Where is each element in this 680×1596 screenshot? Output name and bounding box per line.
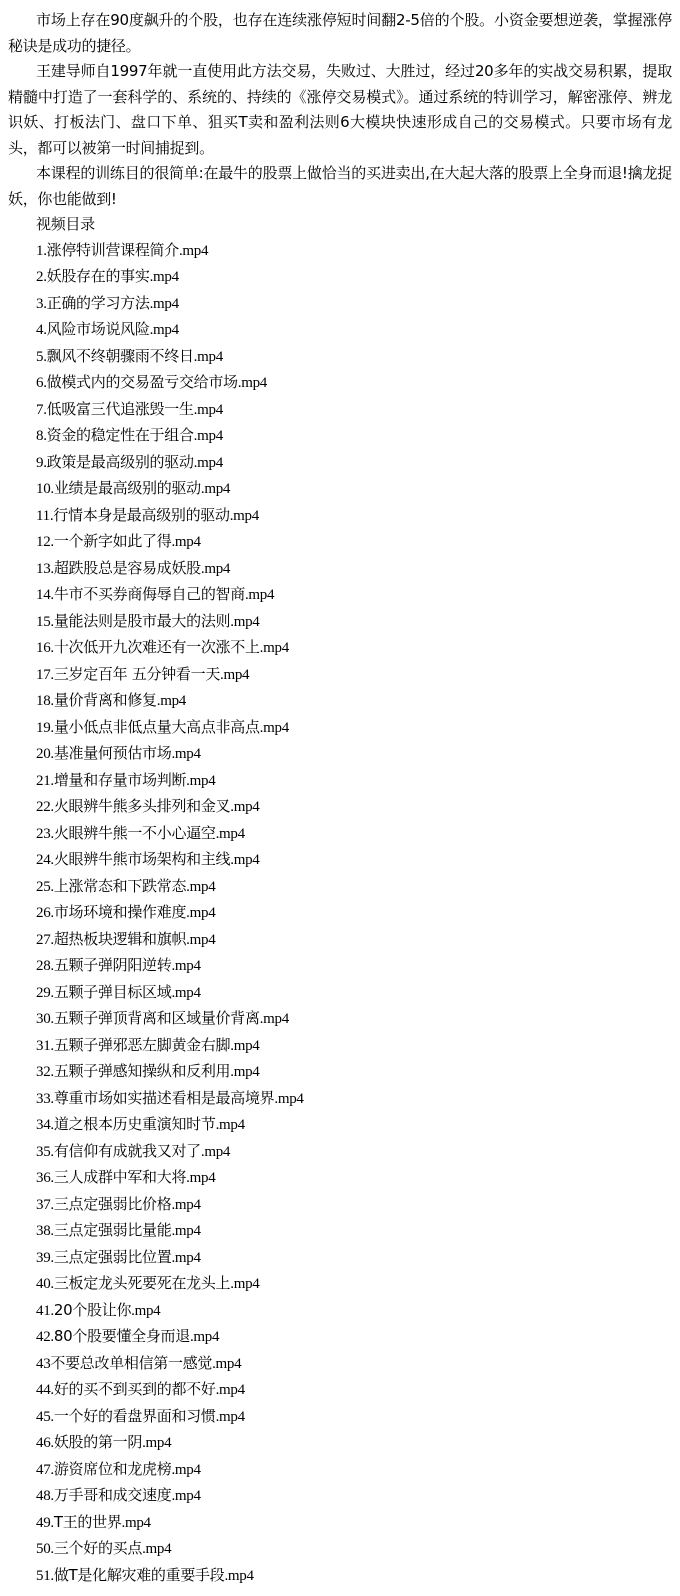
- item-number: 42.: [36, 1329, 54, 1345]
- video-list-item: 1.涨停特训营课程简介.mp4: [8, 238, 672, 265]
- video-list-item: 10.业绩是最高级别的驱动.mp4: [8, 476, 672, 503]
- item-number: 13.: [36, 561, 54, 577]
- item-number: 4.: [36, 322, 47, 338]
- item-title: 五颗子弹阴阳逆转: [54, 956, 172, 974]
- item-extension: .mp4: [190, 1329, 219, 1345]
- intro-paragraph: 王建导师自1997年就一直使用此方法交易，失败过、大胜过，经过20多年的实战交易…: [8, 59, 672, 161]
- video-list-item: 48.万手哥和成交速度.mp4: [8, 1483, 672, 1510]
- item-extension: .mp4: [186, 879, 215, 895]
- item-number: 21.: [36, 773, 54, 789]
- item-number: 1.: [36, 243, 47, 259]
- item-extension: .mp4: [171, 746, 200, 762]
- video-list-item: 21.增量和存量市场判断.mp4: [8, 768, 672, 795]
- item-title: 20个股让你: [54, 1301, 131, 1319]
- item-number: 10.: [36, 481, 54, 497]
- video-list-item: 25.上涨常态和下跌常态.mp4: [8, 874, 672, 901]
- item-title: 有信仰有成就我又对了: [54, 1142, 201, 1160]
- item-extension: .mp4: [230, 852, 259, 868]
- item-title: 市场环境和操作难度: [54, 903, 186, 921]
- video-list-item: 15.量能法则是股市最大的法则.mp4: [8, 609, 672, 636]
- item-title: T王的世界: [54, 1513, 122, 1531]
- item-title: 五颗子弹邪恶左脚黄金右脚: [54, 1036, 230, 1054]
- item-number: 49.: [36, 1515, 54, 1531]
- item-number: 11.: [36, 508, 53, 524]
- item-number: 31.: [36, 1038, 54, 1054]
- item-extension: .mp4: [216, 826, 245, 842]
- item-number: 28.: [36, 958, 54, 974]
- item-title: 三点定强弱比位置: [54, 1248, 172, 1266]
- item-title: 牛市不买券商侮辱自己的智商: [54, 585, 245, 603]
- item-title: 超跌股总是容易成妖股: [54, 559, 201, 577]
- item-extension: .mp4: [171, 1462, 200, 1478]
- video-list-item: 39.三点定强弱比位置.mp4: [8, 1245, 672, 1272]
- video-list-item: 12.一个新字如此了得.mp4: [8, 529, 672, 556]
- item-title: 十次低开九次难还有一次涨不上: [54, 638, 260, 656]
- item-extension: .mp4: [201, 481, 230, 497]
- item-title: 80个股要懂全身而退: [54, 1327, 190, 1345]
- video-list-item: 11.行情本身是最高级别的驱动.mp4: [8, 503, 672, 530]
- item-extension: .mp4: [186, 773, 215, 789]
- item-number: 51.: [36, 1568, 54, 1584]
- video-list-item: 7.低吸富三代追涨毁一生.mp4: [8, 397, 672, 424]
- item-extension: .mp4: [131, 1303, 160, 1319]
- video-list-item: 45.一个好的看盘界面和习惯.mp4: [8, 1404, 672, 1431]
- video-list-item: 6.做模式内的交易盈亏交给市场.mp4: [8, 370, 672, 397]
- item-number: 41.: [36, 1303, 54, 1319]
- item-extension: .mp4: [245, 587, 274, 603]
- video-list-item: 31.五颗子弹邪恶左脚黄金右脚.mp4: [8, 1033, 672, 1060]
- item-number: 6.: [36, 375, 47, 391]
- item-extension: .mp4: [171, 985, 200, 1001]
- item-number: 43: [36, 1356, 50, 1372]
- item-title: 火眼辨牛熊多头排列和金叉: [54, 797, 230, 815]
- video-list-item: 3.正确的学习方法.mp4: [8, 291, 672, 318]
- item-extension: .mp4: [150, 322, 179, 338]
- video-list-item: 34.道之根本历史重演知时节.mp4: [8, 1112, 672, 1139]
- video-list-item: 37.三点定强弱比价格.mp4: [8, 1192, 672, 1219]
- item-number: 30.: [36, 1011, 54, 1027]
- item-extension: .mp4: [238, 375, 267, 391]
- item-title: 低吸富三代追涨毁一生: [47, 400, 194, 418]
- item-title: 一个新字如此了得: [54, 532, 172, 550]
- video-list-item: 33.尊重市场如实描述看相是最高境界.mp4: [8, 1086, 672, 1113]
- item-title: 好的买不到买到的都不好: [54, 1380, 216, 1398]
- video-list-item: 38.三点定强弱比量能.mp4: [8, 1218, 672, 1245]
- item-extension: .mp4: [171, 1223, 200, 1239]
- item-number: 39.: [36, 1250, 54, 1266]
- item-extension: .mp4: [179, 243, 208, 259]
- video-list-item: 23.火眼辨牛熊一不小心逼空.mp4: [8, 821, 672, 848]
- document-page: 市场上存在90度飙升的个股，也存在连续涨停短时间翻2-5倍的个股。小资金要想逆袭…: [0, 0, 680, 1589]
- item-extension: .mp4: [186, 1170, 215, 1186]
- item-number: 19.: [36, 720, 54, 736]
- item-title: 不要总改单相信第一感觉: [50, 1354, 212, 1372]
- item-number: 36.: [36, 1170, 54, 1186]
- item-title: 五颗子弹感知操纵和反利用: [54, 1062, 230, 1080]
- item-title: 量能法则是股市最大的法则: [54, 612, 230, 630]
- video-list-item: 17.三岁定百年 五分钟看一天.mp4: [8, 662, 672, 689]
- item-title: 行情本身是最高级别的驱动: [53, 506, 229, 524]
- item-number: 44.: [36, 1382, 54, 1398]
- item-extension: .mp4: [274, 1091, 303, 1107]
- item-number: 9.: [36, 455, 47, 471]
- item-title: 火眼辨牛熊市场架构和主线: [54, 850, 230, 868]
- video-list-item: 51.做T是化解灾难的重要手段.mp4: [8, 1563, 672, 1590]
- intro-paragraph: 本课程的训练目的很简单:在最牛的股票上做恰当的买进卖出,在大起大落的股票上全身而…: [8, 161, 672, 212]
- video-list-title: 视频目录: [8, 212, 672, 238]
- item-number: 50.: [36, 1541, 54, 1557]
- item-title: 量小低点非低点量大高点非高点: [54, 718, 260, 736]
- item-number: 15.: [36, 614, 54, 630]
- item-title: 三个好的买点: [54, 1539, 142, 1557]
- item-number: 17.: [36, 667, 54, 683]
- item-extension: .mp4: [230, 1038, 259, 1054]
- video-list-item: 36.三人成群中军和大将.mp4: [8, 1165, 672, 1192]
- video-list-item: 13.超跌股总是容易成妖股.mp4: [8, 556, 672, 583]
- item-title: 妖股存在的事实: [47, 267, 150, 285]
- video-list-item: 8.资金的稳定性在于组合.mp4: [8, 423, 672, 450]
- item-number: 38.: [36, 1223, 54, 1239]
- video-list-item: 29.五颗子弹目标区域.mp4: [8, 980, 672, 1007]
- item-extension: .mp4: [171, 1197, 200, 1213]
- item-title: 五颗子弹目标区域: [54, 983, 172, 1001]
- item-extension: .mp4: [194, 349, 223, 365]
- item-number: 29.: [36, 985, 54, 1001]
- item-number: 14.: [36, 587, 54, 603]
- item-title: 游资席位和龙虎榜: [54, 1460, 172, 1478]
- item-extension: .mp4: [122, 1515, 151, 1531]
- item-extension: .mp4: [194, 455, 223, 471]
- item-title: 超热板块逻辑和旗帜: [54, 930, 186, 948]
- item-title: 涨停特训营课程简介: [47, 241, 179, 259]
- item-title: 火眼辨牛熊一不小心逼空: [54, 824, 216, 842]
- item-extension: .mp4: [142, 1435, 171, 1451]
- item-number: 25.: [36, 879, 54, 895]
- video-list-item: 40.三板定龙头死要死在龙头上.mp4: [8, 1271, 672, 1298]
- item-number: 7.: [36, 402, 47, 418]
- item-number: 40.: [36, 1276, 54, 1292]
- video-list-item: 5.飘风不终朝骤雨不终日.mp4: [8, 344, 672, 371]
- video-list-item: 35.有信仰有成就我又对了.mp4: [8, 1139, 672, 1166]
- video-list-item: 24.火眼辨牛熊市场架构和主线.mp4: [8, 847, 672, 874]
- video-list: 1.涨停特训营课程简介.mp42.妖股存在的事实.mp43.正确的学习方法.mp…: [8, 238, 672, 1590]
- video-list-item: 49.T王的世界.mp4: [8, 1510, 672, 1537]
- item-extension: .mp4: [171, 1250, 200, 1266]
- item-number: 12.: [36, 534, 54, 550]
- item-extension: .mp4: [216, 1382, 245, 1398]
- item-title: 飘风不终朝骤雨不终日: [47, 347, 194, 365]
- item-number: 8.: [36, 428, 47, 444]
- video-list-item: 44.好的买不到买到的都不好.mp4: [8, 1377, 672, 1404]
- item-number: 24.: [36, 852, 54, 868]
- item-extension: .mp4: [150, 296, 179, 312]
- item-number: 34.: [36, 1117, 54, 1133]
- item-extension: .mp4: [142, 1541, 171, 1557]
- item-number: 2.: [36, 269, 47, 285]
- intro-paragraph: 市场上存在90度飙升的个股，也存在连续涨停短时间翻2-5倍的个股。小资金要想逆袭…: [8, 8, 672, 59]
- item-number: 45.: [36, 1409, 54, 1425]
- item-extension: .mp4: [230, 799, 259, 815]
- video-list-item: 28.五颗子弹阴阳逆转.mp4: [8, 953, 672, 980]
- item-number: 23.: [36, 826, 54, 842]
- video-list-item: 50.三个好的买点.mp4: [8, 1536, 672, 1563]
- video-list-item: 46.妖股的第一阴.mp4: [8, 1430, 672, 1457]
- item-extension: .mp4: [260, 1011, 289, 1027]
- item-title: 业绩是最高级别的驱动: [54, 479, 201, 497]
- item-title: 正确的学习方法: [47, 294, 150, 312]
- item-extension: .mp4: [150, 269, 179, 285]
- video-list-item: 22.火眼辨牛熊多头排列和金叉.mp4: [8, 794, 672, 821]
- video-list-item: 30.五颗子弹顶背离和区域量价背离.mp4: [8, 1006, 672, 1033]
- item-number: 16.: [36, 640, 54, 656]
- item-number: 20.: [36, 746, 54, 762]
- item-number: 26.: [36, 905, 54, 921]
- item-title: 妖股的第一阴: [54, 1433, 142, 1451]
- video-list-item: 4.风险市场说风险.mp4: [8, 317, 672, 344]
- item-number: 37.: [36, 1197, 54, 1213]
- item-title: 三人成群中军和大将: [54, 1168, 186, 1186]
- item-extension: .mp4: [201, 1144, 230, 1160]
- item-title: 做T是化解灾难的重要手段: [54, 1566, 225, 1584]
- video-list-item: 19.量小低点非低点量大高点非高点.mp4: [8, 715, 672, 742]
- video-list-item: 9.政策是最高级别的驱动.mp4: [8, 450, 672, 477]
- video-list-item: 42.80个股要懂全身而退.mp4: [8, 1324, 672, 1351]
- video-list-item: 27.超热板块逻辑和旗帜.mp4: [8, 927, 672, 954]
- item-title: 基准量何预估市场: [54, 744, 172, 762]
- video-list-item: 16.十次低开九次难还有一次涨不上.mp4: [8, 635, 672, 662]
- item-title: 三岁定百年 五分钟看一天: [54, 665, 220, 683]
- item-extension: .mp4: [171, 534, 200, 550]
- item-number: 32.: [36, 1064, 54, 1080]
- item-number: 48.: [36, 1488, 54, 1504]
- item-extension: .mp4: [186, 905, 215, 921]
- item-title: 五颗子弹顶背离和区域量价背离: [54, 1009, 260, 1027]
- video-list-item: 32.五颗子弹感知操纵和反利用.mp4: [8, 1059, 672, 1086]
- item-extension: .mp4: [230, 1064, 259, 1080]
- item-title: 上涨常态和下跌常态: [54, 877, 186, 895]
- video-list-item: 43不要总改单相信第一感觉.mp4: [8, 1351, 672, 1378]
- item-title: 一个好的看盘界面和习惯: [54, 1407, 216, 1425]
- item-number: 35.: [36, 1144, 54, 1160]
- video-list-item: 20.基准量何预估市场.mp4: [8, 741, 672, 768]
- item-number: 33.: [36, 1091, 54, 1107]
- item-title: 资金的稳定性在于组合: [47, 426, 194, 444]
- video-list-item: 18.量价背离和修复.mp4: [8, 688, 672, 715]
- item-title: 风险市场说风险: [47, 320, 150, 338]
- item-number: 46.: [36, 1435, 54, 1451]
- item-number: 5.: [36, 349, 47, 365]
- item-extension: .mp4: [194, 428, 223, 444]
- video-list-item: 41.20个股让你.mp4: [8, 1298, 672, 1325]
- video-list-item: 2.妖股存在的事实.mp4: [8, 264, 672, 291]
- item-extension: .mp4: [230, 508, 259, 524]
- item-title: 量价背离和修复: [54, 691, 157, 709]
- item-title: 三点定强弱比价格: [54, 1195, 172, 1213]
- item-title: 政策是最高级别的驱动: [47, 453, 194, 471]
- item-title: 增量和存量市场判断: [54, 771, 186, 789]
- item-extension: .mp4: [212, 1356, 241, 1372]
- item-title: 万手哥和成交速度: [54, 1486, 172, 1504]
- item-title: 三点定强弱比量能: [54, 1221, 172, 1239]
- item-number: 27.: [36, 932, 54, 948]
- item-extension: .mp4: [186, 932, 215, 948]
- item-extension: .mp4: [157, 693, 186, 709]
- item-number: 47.: [36, 1462, 54, 1478]
- item-title: 尊重市场如实描述看相是最高境界: [54, 1089, 275, 1107]
- item-extension: .mp4: [224, 1568, 253, 1584]
- item-title: 道之根本历史重演知时节: [54, 1115, 216, 1133]
- item-extension: .mp4: [216, 1409, 245, 1425]
- item-extension: .mp4: [260, 640, 289, 656]
- item-extension: .mp4: [171, 958, 200, 974]
- item-extension: .mp4: [230, 1276, 259, 1292]
- item-number: 3.: [36, 296, 47, 312]
- item-number: 18.: [36, 693, 54, 709]
- video-list-item: 14.牛市不买券商侮辱自己的智商.mp4: [8, 582, 672, 609]
- item-extension: .mp4: [230, 614, 259, 630]
- item-extension: .mp4: [171, 1488, 200, 1504]
- item-extension: .mp4: [260, 720, 289, 736]
- item-number: 22.: [36, 799, 54, 815]
- item-extension: .mp4: [194, 402, 223, 418]
- item-extension: .mp4: [216, 1117, 245, 1133]
- item-title: 三板定龙头死要死在龙头上: [54, 1274, 230, 1292]
- item-title: 做模式内的交易盈亏交给市场: [47, 373, 238, 391]
- item-extension: .mp4: [220, 667, 249, 683]
- item-extension: .mp4: [201, 561, 230, 577]
- video-list-item: 47.游资席位和龙虎榜.mp4: [8, 1457, 672, 1484]
- video-list-item: 26.市场环境和操作难度.mp4: [8, 900, 672, 927]
